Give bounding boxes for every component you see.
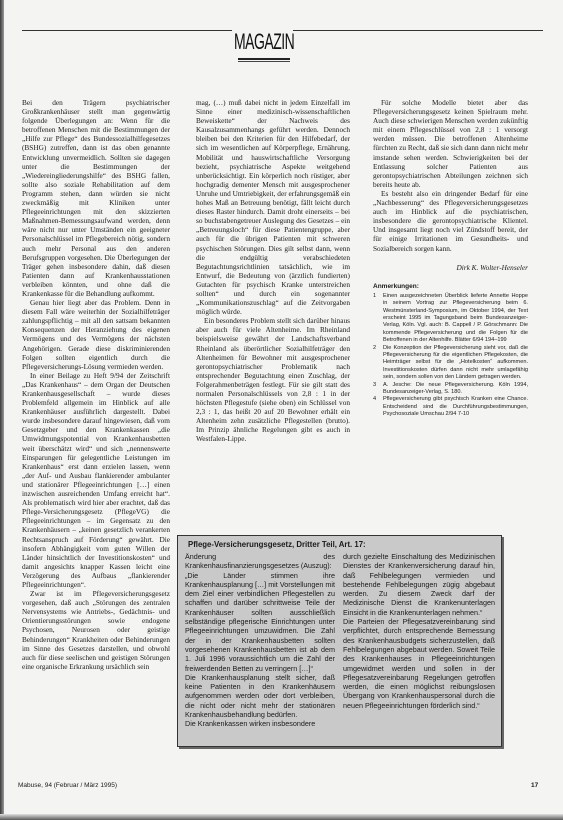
note-number: 2 [373, 345, 376, 352]
note-item: 2Die Konzeption der Pflegeversicherung s… [373, 345, 528, 382]
section-title-underline-thin [238, 61, 290, 62]
paragraph: In einer Beilage zu Heft 9/94 der Zeitsc… [22, 371, 170, 589]
page-edge-shadow [0, 0, 4, 820]
notes-title: Anmerkungen: [373, 282, 528, 291]
paragraph: mag, (…) muß dabei nicht in jedem Einzel… [196, 98, 350, 316]
note-number: 3 [373, 382, 376, 389]
paragraph: Genau hier liegt aber das Problem. Denn … [22, 298, 170, 371]
law-box-title: Pflege-Versicherungsgesetz, Dritter Teil… [188, 540, 366, 549]
section-title-underline [238, 58, 290, 60]
law-paragraph: Die Parteien der Pflegesatzvereinbarung … [343, 617, 495, 710]
law-paragraph: Änderung des Krankenhausfinanzierungsges… [185, 552, 335, 571]
law-paragraph: Die Krankenhausplanung stellt sicher, da… [185, 673, 335, 719]
header-rule-left [22, 30, 232, 31]
note-text: Die Konzeption der Pflegeversicherung si… [383, 345, 528, 381]
law-box-column-1: Änderung des Krankenhausfinanzierungsges… [185, 552, 335, 729]
note-item: 1Einen ausgezeichneten Überblick liefert… [373, 293, 528, 345]
note-text: A. Jesche: Die neue Pflegeversicherung. … [383, 382, 528, 395]
article-column-1: Bei den Trägern psychiatrischer Großkran… [22, 98, 170, 671]
note-text: Pflegeversicherung gibt psychisch Kranke… [383, 396, 528, 417]
law-excerpt-box: Pflege-Versicherungsgesetz, Dritter Teil… [177, 535, 502, 747]
page-number: 17 [531, 782, 538, 789]
paragraph: Es besteht also ein dringender Bedarf fü… [373, 189, 528, 253]
footer-citation: Mabuse, 94 (Februar / März 1995) [18, 782, 117, 789]
article-column-2: mag, (…) muß dabei nicht in jedem Einzel… [196, 98, 350, 444]
note-number: 4 [373, 396, 376, 403]
page-bottom-shadow [0, 814, 563, 820]
section-title: MAGAZIN [234, 28, 292, 54]
paragraph: Zwar ist im Pflegeversicherungsgesetz vo… [22, 589, 170, 671]
header-rule-right [293, 30, 543, 31]
article-column-3: Für solche Modelle bietet aber das Pfleg… [373, 98, 528, 419]
paragraph: Für solche Modelle bietet aber das Pfleg… [373, 98, 528, 189]
note-number: 1 [373, 293, 376, 300]
notes-list: 1Einen ausgezeichneten Überblick liefert… [373, 293, 528, 419]
note-item: 4Pflegeversicherung gibt psychisch Krank… [373, 396, 528, 418]
paragraph: Bei den Trägern psychiatrischer Großkran… [22, 98, 170, 298]
law-box-column-2: durch gezielte Einschaltung des Medizini… [343, 552, 495, 710]
note-item: 3A. Jesche: Die neue Pflegeversicherung.… [373, 382, 528, 397]
paragraph: Ein besonderes Problem stellt sich darüb… [196, 316, 350, 443]
note-text: Einen ausgezeichneten Überblick lieferte… [383, 293, 528, 343]
law-paragraph: „Die Länder stimmen ihre Krankenhausplan… [185, 571, 335, 673]
law-paragraph: Die Krankenkassen wirken insbesondere [185, 719, 335, 728]
author-byline: Dirk K. Wolter-Henseler [373, 263, 528, 272]
law-paragraph: durch gezielte Einschaltung des Medizini… [343, 552, 495, 617]
